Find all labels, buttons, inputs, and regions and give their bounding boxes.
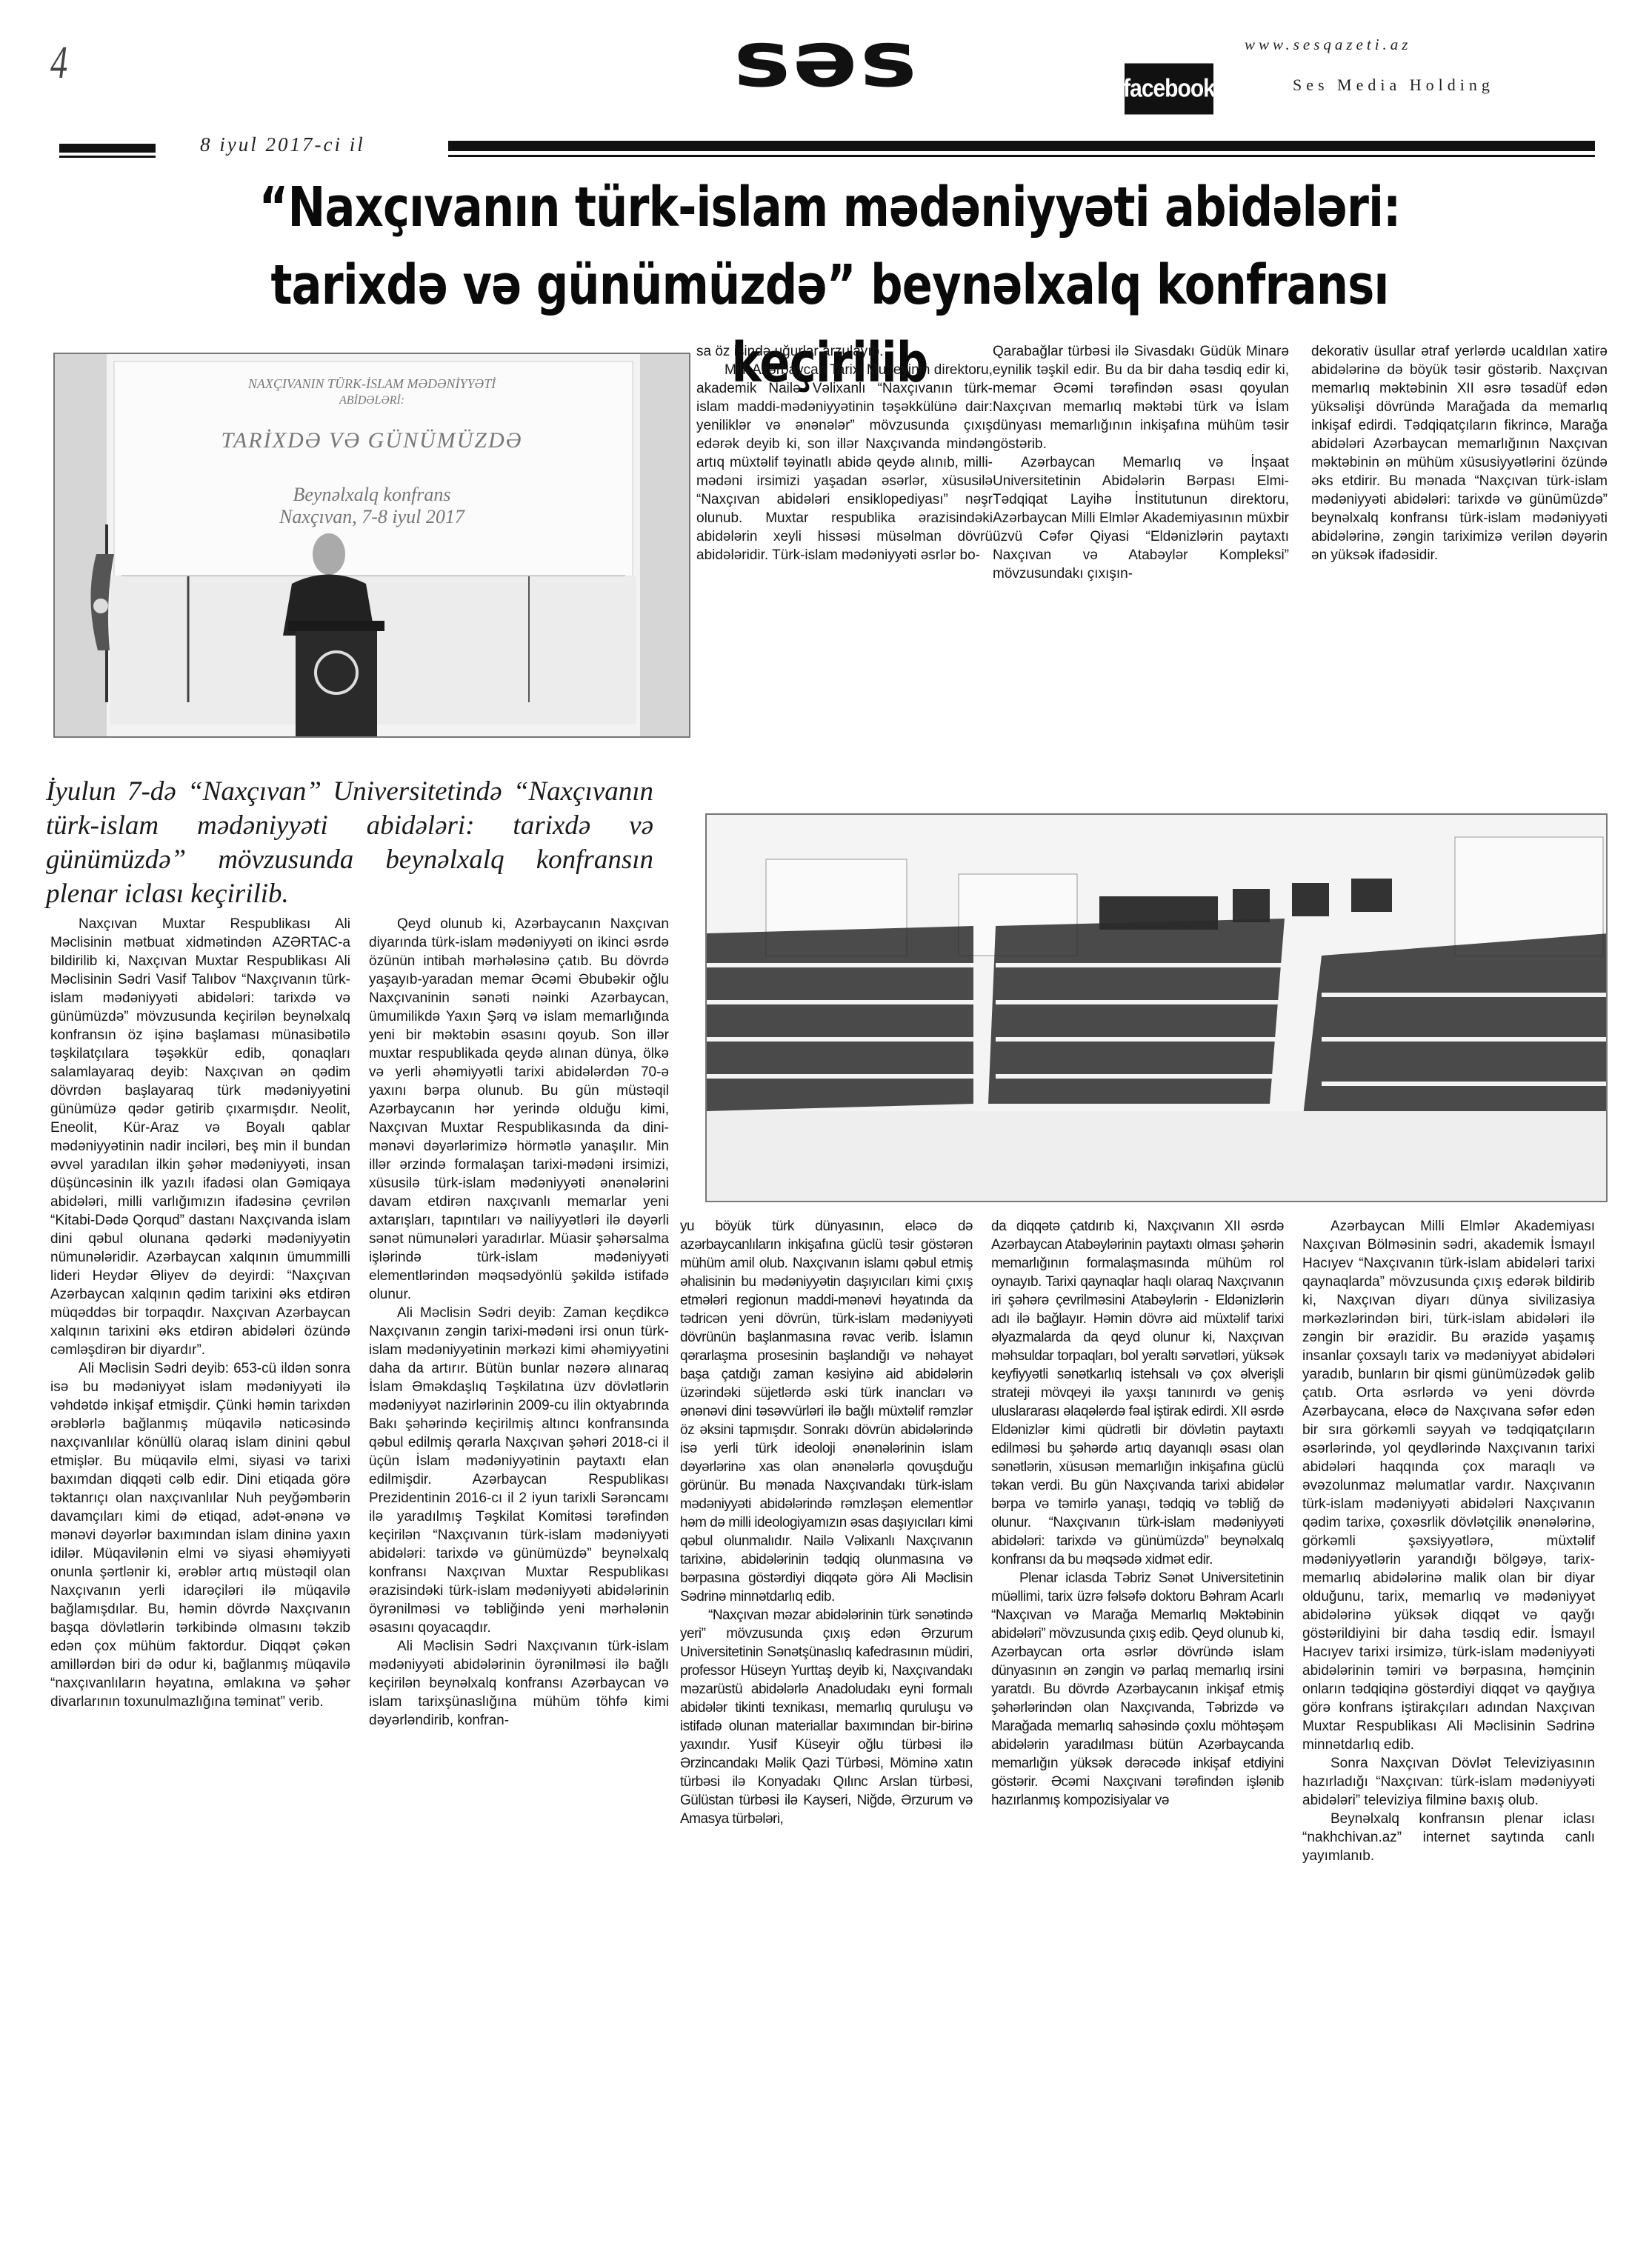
screen-caption-1: NAXÇIVANIN TÜRK-İSLAM MƏDƏNİYYƏTİ bbox=[55, 376, 689, 392]
divider-rule bbox=[59, 156, 156, 158]
screen-caption-2: ABİDƏLƏRİ: bbox=[55, 394, 689, 407]
paragraph: Ali Məclisin Sədri deyib: 653-cü ildən s… bbox=[50, 1359, 350, 1711]
article-column-5: Azərbaycan Milli Elmlər Akademiyası Naxç… bbox=[1302, 1217, 1595, 1865]
paragraph: Qeyd olunub ki, Azərbaycanın Naxçıvan di… bbox=[369, 915, 669, 1304]
screen-caption-4: Beynəlxalq konfrans bbox=[55, 484, 689, 506]
divider-rule bbox=[59, 144, 156, 153]
paragraph: Azərbaycan Milli Elmlər Akademiyası Naxç… bbox=[1302, 1217, 1595, 1754]
page-number: 4 bbox=[50, 37, 67, 90]
paragraph: “Naxçıvan məzar abidələrinin türk sənəti… bbox=[680, 1606, 973, 1828]
article-column-3: yu böyük türk dünyasının, eləcə də azərb… bbox=[680, 1217, 973, 1828]
paragraph: sa öz işində uğurlar arzulayıb. bbox=[696, 342, 993, 361]
audience-hall-photo bbox=[705, 813, 1608, 1202]
divider-rule bbox=[448, 155, 1595, 157]
media-holding-name: Ses Media Holding bbox=[1293, 76, 1494, 95]
paragraph: Beynəlxalq konfransın plenar iclası “nak… bbox=[1302, 1810, 1595, 1865]
article-column-top-3: dekorativ üsullar ətraf yerlərdə ucaldıl… bbox=[1311, 342, 1608, 564]
article-column-2: Qeyd olunub ki, Azərbaycanın Naxçıvan di… bbox=[369, 915, 669, 1730]
newspaper-logo: səs bbox=[733, 21, 919, 98]
facebook-label: facebook bbox=[1123, 74, 1215, 103]
paragraph: da diqqətə çatdırıb ki, Naxçıvanın XII ə… bbox=[991, 1217, 1284, 1569]
article-column-top-2: Qarabağlar türbəsi ilə Sivasdakı Güdük M… bbox=[993, 342, 1289, 583]
paragraph: Sonra Naxçıvan Dövlət Televiziyasının ha… bbox=[1302, 1754, 1595, 1810]
issue-date: 8 iyul 2017-ci il bbox=[200, 133, 365, 156]
article-lead: İyulun 7-də “Naxçıvan” Universitetində “… bbox=[46, 775, 653, 911]
photo-illustration bbox=[707, 815, 1608, 1202]
photo-illustration bbox=[55, 354, 690, 738]
paragraph: Ali Məclisin Sədri Naxçıvanın türk-islam… bbox=[369, 1637, 669, 1730]
paragraph: yu böyük türk dünyasının, eləcə də azərb… bbox=[680, 1217, 973, 1606]
article-column-1: Naxçıvan Muxtar Respublikası Ali Məclisi… bbox=[50, 915, 350, 1711]
paragraph: Plenar iclasda Təbriz Sənət Universiteti… bbox=[991, 1569, 1284, 1810]
headline-line-1: “Naxçıvanın türk-islam mədəniyyəti abidə… bbox=[222, 169, 1437, 247]
screen-caption-5: Naxçıvan, 7-8 iyul 2017 bbox=[55, 506, 689, 528]
paragraph: Milli Azərbaycan Tarixi Muzeyinin direkt… bbox=[696, 361, 993, 564]
article-column-top-1: sa öz işində uğurlar arzulayıb. Milli Az… bbox=[696, 342, 993, 564]
paragraph: dekorativ üsullar ətraf yerlərdə ucaldıl… bbox=[1311, 342, 1608, 564]
paragraph: Naxçıvan Muxtar Respublikası Ali Məclisi… bbox=[50, 915, 350, 1359]
speaker-podium-photo: NAXÇIVANIN TÜRK-İSLAM MƏDƏNİYYƏTİ ABİDƏL… bbox=[53, 353, 690, 738]
divider-rule bbox=[448, 141, 1595, 151]
paragraph: Qarabağlar türbəsi ilə Sivasdakı Güdük M… bbox=[993, 342, 1289, 453]
paragraph: Ali Məclisin Sədri deyib: Zaman keçdikcə… bbox=[369, 1304, 669, 1637]
article-column-4: da diqqətə çatdırıb ki, Naxçıvanın XII ə… bbox=[991, 1217, 1284, 1810]
facebook-icon: facebook bbox=[1125, 64, 1213, 115]
screen-caption-3: TARİXDƏ VƏ GÜNÜMÜZDƏ bbox=[55, 428, 689, 453]
website-url: www.sesqazeti.az bbox=[1245, 36, 1411, 54]
paragraph: Azərbaycan Memarlıq və İnşaat Universite… bbox=[993, 453, 1289, 583]
